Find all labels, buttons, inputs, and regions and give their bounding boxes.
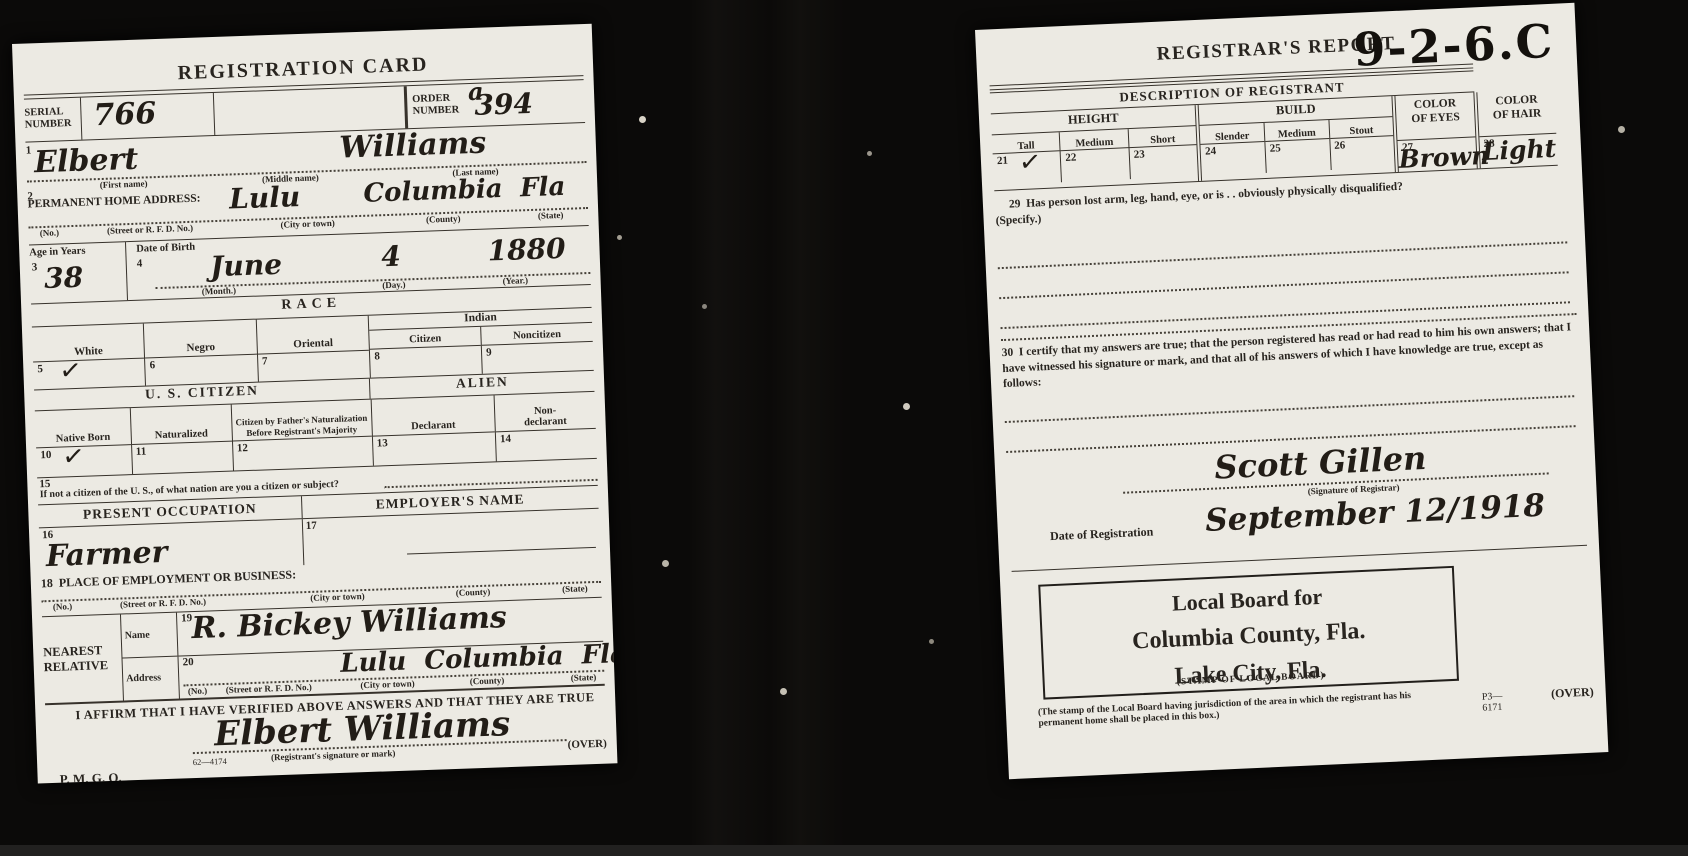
home-address-label: PERMANENT HOME ADDRESS: — [27, 193, 200, 211]
hair-color-handwriting: Light — [1481, 136, 1556, 164]
native-born-label: Native Born — [35, 408, 131, 447]
line18-state-label: (State) — [562, 583, 588, 594]
stout-cell: 26 — [1330, 135, 1395, 170]
order-number-label: ORDER NUMBER — [404, 84, 475, 128]
registrars-report-back: REGISTRAR'S REPORT 9-2-6.C DESCRIPTION O… — [975, 3, 1608, 779]
race-negro-label: Negro — [144, 320, 257, 358]
race-oriental-cell: 7 — [258, 350, 370, 382]
race-white-cell: 5 ✓ — [33, 358, 145, 390]
race-col-indian-noncitizen: Noncitizen 9 — [481, 323, 593, 374]
first-name-handwriting: Elbert — [34, 145, 139, 179]
nondeclarant-cell: 14 — [496, 428, 597, 461]
local-board-stamp-box: Local Board for Columbia County, Fla. La… — [1038, 565, 1459, 699]
color-of-hair-group: COLOR OF HAIR 28 Light — [1473, 89, 1558, 169]
citizen-col-nondeclarant: Non- declarant 14 — [494, 392, 596, 461]
race-oriental-label: Oriental — [257, 316, 370, 354]
registrant-signature-handwriting: Elbert Williams — [214, 707, 511, 751]
front-over-label: (OVER) — [567, 738, 607, 751]
declarant-number: 13 — [377, 437, 388, 449]
race-indian-subcolumns: Citizen 8 Noncitizen 9 — [369, 322, 593, 378]
relative-county-label: (County) — [470, 675, 505, 686]
address-city-handwriting: Lulu — [229, 183, 301, 213]
color-of-eyes-group: COLOR OF EYES 27 Brown — [1392, 92, 1477, 172]
back-print-code: P3—6171 — [1481, 685, 1521, 713]
citizen-by-father-number: 12 — [237, 442, 248, 454]
declarant-label: Declarant — [371, 395, 494, 435]
nearest-relative-fields: Name 19 R. Bickey Williams Address 20 Lu… — [120, 598, 605, 701]
race-col-indian-citizen: Citizen 8 — [369, 327, 482, 378]
color-of-hair-cell: 28 Light — [1479, 133, 1558, 168]
dob-month-label: (Month.) — [202, 285, 237, 296]
build-col-medium: Medium 25 — [1265, 120, 1332, 173]
native-born-cell: 10 ✓ — [36, 444, 132, 477]
dob-year-handwriting: 1880 — [487, 235, 566, 266]
registration-card-front: REGISTRATION CARD SERIAL NUMBER 766 ORDE… — [12, 24, 617, 784]
relative-address-sublabel: Address — [122, 656, 179, 700]
line18-no-label: (No.) — [53, 601, 73, 612]
tall-checkmark: ✓ — [1018, 152, 1042, 175]
dob-day-label: (Day.) — [382, 279, 406, 290]
occupation-handwriting: Farmer — [45, 538, 168, 572]
race-white-label: White — [32, 324, 145, 362]
board-stamp-line1: Local Board for — [1047, 578, 1448, 622]
naturalized-label: Naturalized — [130, 405, 231, 444]
age-handwriting: 38 — [44, 264, 84, 293]
short-cell: 23 — [1129, 144, 1198, 179]
dob-year-label: (Year.) — [502, 275, 528, 286]
date-of-registration-label: Date of Registration — [1050, 524, 1154, 544]
line18-city-label: (City or town) — [310, 591, 365, 603]
line15-dotted-fill — [385, 479, 598, 488]
board-stamp-line2: Columbia County, Fla. — [1048, 614, 1449, 659]
height-col-short: Short 23 — [1129, 126, 1199, 179]
board-stamp-line3: Lake City, Fla. — [1050, 651, 1451, 696]
build-subcolumns: Slender 24 Medium 25 Stout — [1200, 116, 1395, 176]
color-of-hair-header: COLOR OF HAIR — [1477, 89, 1556, 136]
naturalized-number: 11 — [136, 446, 147, 458]
citizen-by-father-label: Citizen by Father's Naturalization Befor… — [231, 400, 371, 441]
build-medium-number: 25 — [1269, 142, 1281, 154]
native-born-number: 10 — [40, 449, 51, 461]
file-number-stamp: 9-2-6.C — [1352, 14, 1555, 77]
race-col-negro: Negro 6 — [144, 320, 259, 386]
relative-address-item-number: 20 — [182, 656, 193, 668]
back-title-row: REGISTRAR'S REPORT 9-2-6.C — [987, 11, 1564, 81]
height-subcolumns: Tall 21 ✓ Medium 22 Short 23 — [992, 125, 1198, 185]
slender-cell: 24 — [1201, 141, 1266, 176]
race-indian-noncitizen-cell: 9 — [482, 341, 594, 374]
employer-item-number: 17 — [306, 520, 317, 532]
relative-city-label: (City or town) — [360, 678, 415, 690]
address-county-label: (County) — [426, 213, 461, 224]
race-indian-citizen-number: 8 — [374, 350, 380, 362]
race-negro-number: 6 — [149, 359, 155, 371]
relative-no-label: (No.) — [188, 685, 208, 696]
slender-number: 24 — [1205, 145, 1217, 157]
build-medium-cell: 25 — [1265, 138, 1330, 173]
height-col-medium: Medium 22 — [1060, 129, 1131, 182]
address-street-label: (Street or R. F. D. No.) — [107, 223, 193, 236]
citizen-col-native-born: Native Born 10 ✓ — [35, 408, 133, 477]
name-item-number: 1 — [26, 144, 32, 156]
scan-bottom-strip — [0, 845, 1688, 856]
line18-county-label: (County) — [456, 587, 491, 598]
nondeclarant-label: Non- declarant — [494, 392, 595, 431]
serial-number-value: 766 — [80, 93, 215, 140]
dob-day-handwriting: 4 — [381, 243, 401, 272]
race-col-white: White 5 ✓ — [32, 324, 147, 390]
nearest-relative-label: NEAREST RELATIVE — [42, 615, 123, 704]
naturalized-cell: 11 — [132, 441, 233, 474]
age-label: Age in Years — [29, 242, 125, 258]
address-state-label: (State) — [538, 210, 564, 221]
relative-state-label: (State) — [571, 671, 597, 682]
height-medium-cell: 22 — [1061, 147, 1130, 182]
race-col-oriental: Oriental 7 — [257, 316, 372, 382]
height-col-tall: Tall 21 ✓ — [992, 132, 1063, 185]
build-col-stout: Stout 26 — [1329, 117, 1395, 170]
height-medium-number: 22 — [1065, 152, 1077, 164]
employer-blank-line — [407, 547, 596, 555]
address-county-handwriting: Columbia — [363, 176, 503, 207]
back-over-label: (OVER) — [1551, 682, 1594, 701]
color-of-eyes-cell: 27 Brown — [1398, 136, 1477, 171]
race-indian-noncitizen-number: 9 — [486, 346, 492, 358]
front-print-code: 62—4174 — [193, 756, 227, 767]
eyes-color-handwriting: Brown — [1398, 143, 1490, 172]
race-white-number: 5 — [37, 363, 43, 375]
relative-street-label: (Street or R. F. D. No.) — [226, 681, 312, 694]
short-number: 23 — [1133, 148, 1145, 160]
order-number-value: a 394 — [474, 80, 585, 126]
build-group: BUILD Slender 24 Medium 25 — [1195, 96, 1395, 181]
stout-number: 26 — [1334, 139, 1346, 151]
age-cell: Age in Years 3 38 — [29, 242, 128, 303]
dob-month-handwriting: June — [210, 251, 283, 281]
height-group: HEIGHT Tall 21 ✓ Medium 22 — [991, 105, 1199, 190]
race-white-checkmark: ✓ — [58, 360, 82, 383]
question29-specify-label: (Specify.) — [995, 213, 1041, 227]
tall-cell: 21 ✓ — [993, 150, 1062, 185]
build-col-slender: Slender 24 — [1200, 123, 1267, 176]
native-born-checkmark: ✓ — [61, 446, 85, 469]
last-name-handwriting: Williams — [339, 129, 487, 164]
declarant-cell: 13 — [372, 431, 495, 465]
citizen-col-naturalized: Naturalized 11 — [130, 405, 233, 474]
serial-number-label: SERIAL NUMBER — [24, 98, 81, 142]
race-indian-group: Indian Citizen 8 Noncitizen 9 — [369, 308, 594, 378]
order-number-prefix: a — [468, 80, 484, 105]
citizen-col-by-father: Citizen by Father's Naturalization Befor… — [231, 400, 373, 471]
tall-number: 21 — [997, 155, 1009, 167]
color-of-eyes-header: COLOR OF EYES — [1396, 92, 1475, 139]
registrar-signature-handwriting: Scott Gillen — [1214, 442, 1427, 484]
race-indian-citizen-cell: 8 — [370, 345, 482, 378]
relative-name-sublabel: Name — [121, 613, 178, 657]
local-board-section: Local Board for Columbia County, Fla. La… — [1012, 544, 1595, 734]
age-item-number: 3 — [32, 261, 38, 273]
nondeclarant-number: 14 — [500, 433, 511, 445]
citizen-by-father-cell: 12 — [233, 436, 373, 471]
race-oriental-number: 7 — [262, 355, 268, 367]
citizen-col-declarant: Declarant 13 — [371, 395, 497, 465]
serial-row-spacer — [214, 86, 405, 135]
scan-specks — [0, 0, 3, 3]
address-city-label: (City or town) — [280, 218, 335, 230]
address-state-handwriting: Fla — [520, 174, 566, 202]
relative-name-handwriting: R. Bickey Williams — [191, 603, 507, 644]
line18-street-label: (Street or R. F. D. No.) — [120, 597, 206, 610]
race-negro-cell: 6 — [145, 354, 257, 386]
address-no-label: (No.) — [40, 227, 60, 238]
dob-item-number: 4 — [137, 258, 143, 270]
